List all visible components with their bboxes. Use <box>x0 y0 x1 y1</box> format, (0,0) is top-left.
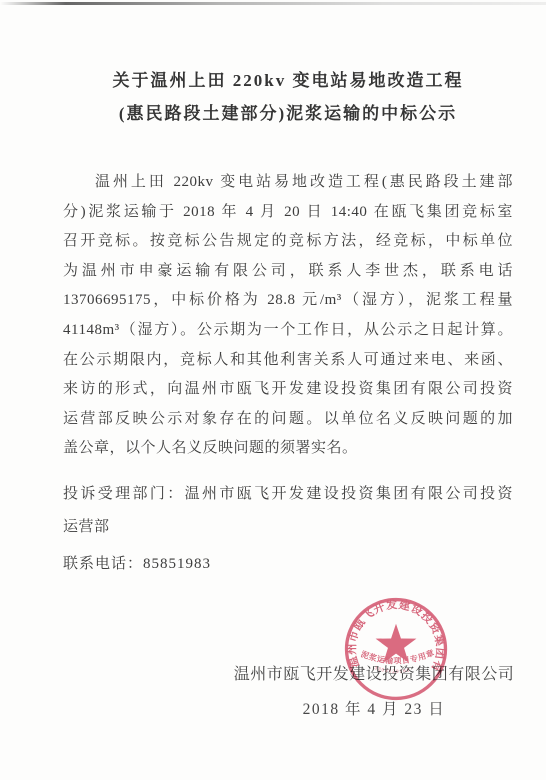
complaint-department: 投诉受理部门：温州市瓯飞开发建设投资集团有限公司投资 运营部 <box>63 478 513 544</box>
body-line: 分)泥浆运输于 2018 年 4 月 20 日 14:40 在瓯飞集团竞标室 <box>63 198 513 228</box>
signature-block: 温州市瓯飞开发建设投资集团有限公司 2018 年 4 月 23 日 <box>230 664 518 719</box>
body-line: 13706695175，中标价格为 28.8 元/m³（湿方），泥浆工程量 <box>63 286 513 316</box>
body-line: 在公示期限内，竞标人和其他利害关系人可通过来电、来函、 <box>63 346 513 376</box>
complaint-line-2: 运营部 <box>63 511 513 544</box>
seal-inner-text: 泥浆运输项目专用章 <box>359 647 436 665</box>
star-icon <box>376 624 417 663</box>
scan-artifact-line <box>0 2 546 5</box>
body-line: 来访的形式，向温州市瓯飞开发建设投资集团有限公司投资 <box>63 375 513 405</box>
title-line-1: 关于温州上田 220kv 变电站易地改造工程 <box>48 64 528 97</box>
signature-date: 2018 年 4 月 23 日 <box>230 697 518 719</box>
signature-company: 温州市瓯飞开发建设投资集团有限公司 <box>230 664 518 686</box>
body-line: 召开竞标。按竞标公告规定的竞标方法，经竞标，中标单位 <box>63 227 513 257</box>
contact-phone: 联系电话：85851983 <box>63 552 211 573</box>
body-line: 为温州市申豪运输有限公司，联系人李世杰，联系电话 <box>63 257 513 287</box>
title-line-2: (惠民路段土建部分)泥浆运输的中标公示 <box>48 97 528 130</box>
body-line: 盖公章，以个人名义反映问题的须署实名。 <box>63 434 513 464</box>
complaint-line-1: 投诉受理部门：温州市瓯飞开发建设投资集团有限公司投资 <box>63 478 513 511</box>
seal-ring-text: 温州市瓯飞开发建设投资集团有限公司 <box>337 593 448 675</box>
body-line: 运营部反映公示对象存在的问题。以单位名义反映问题的加 <box>63 405 513 435</box>
body-line: 温州上田 220kv 变电站易地改造工程(惠民路段土建部 <box>63 168 513 198</box>
scanned-notice-page: 关于温州上田 220kv 变电站易地改造工程 (惠民路段土建部分)泥浆运输的中标… <box>0 0 546 780</box>
body-line: 41148m³（湿方）。公示期为一个工作日，从公示之日起计算。 <box>63 316 513 346</box>
notice-body: 温州上田 220kv 变电站易地改造工程(惠民路段土建部 分)泥浆运输于 201… <box>63 168 513 464</box>
notice-title: 关于温州上田 220kv 变电站易地改造工程 (惠民路段土建部分)泥浆运输的中标… <box>48 64 528 130</box>
